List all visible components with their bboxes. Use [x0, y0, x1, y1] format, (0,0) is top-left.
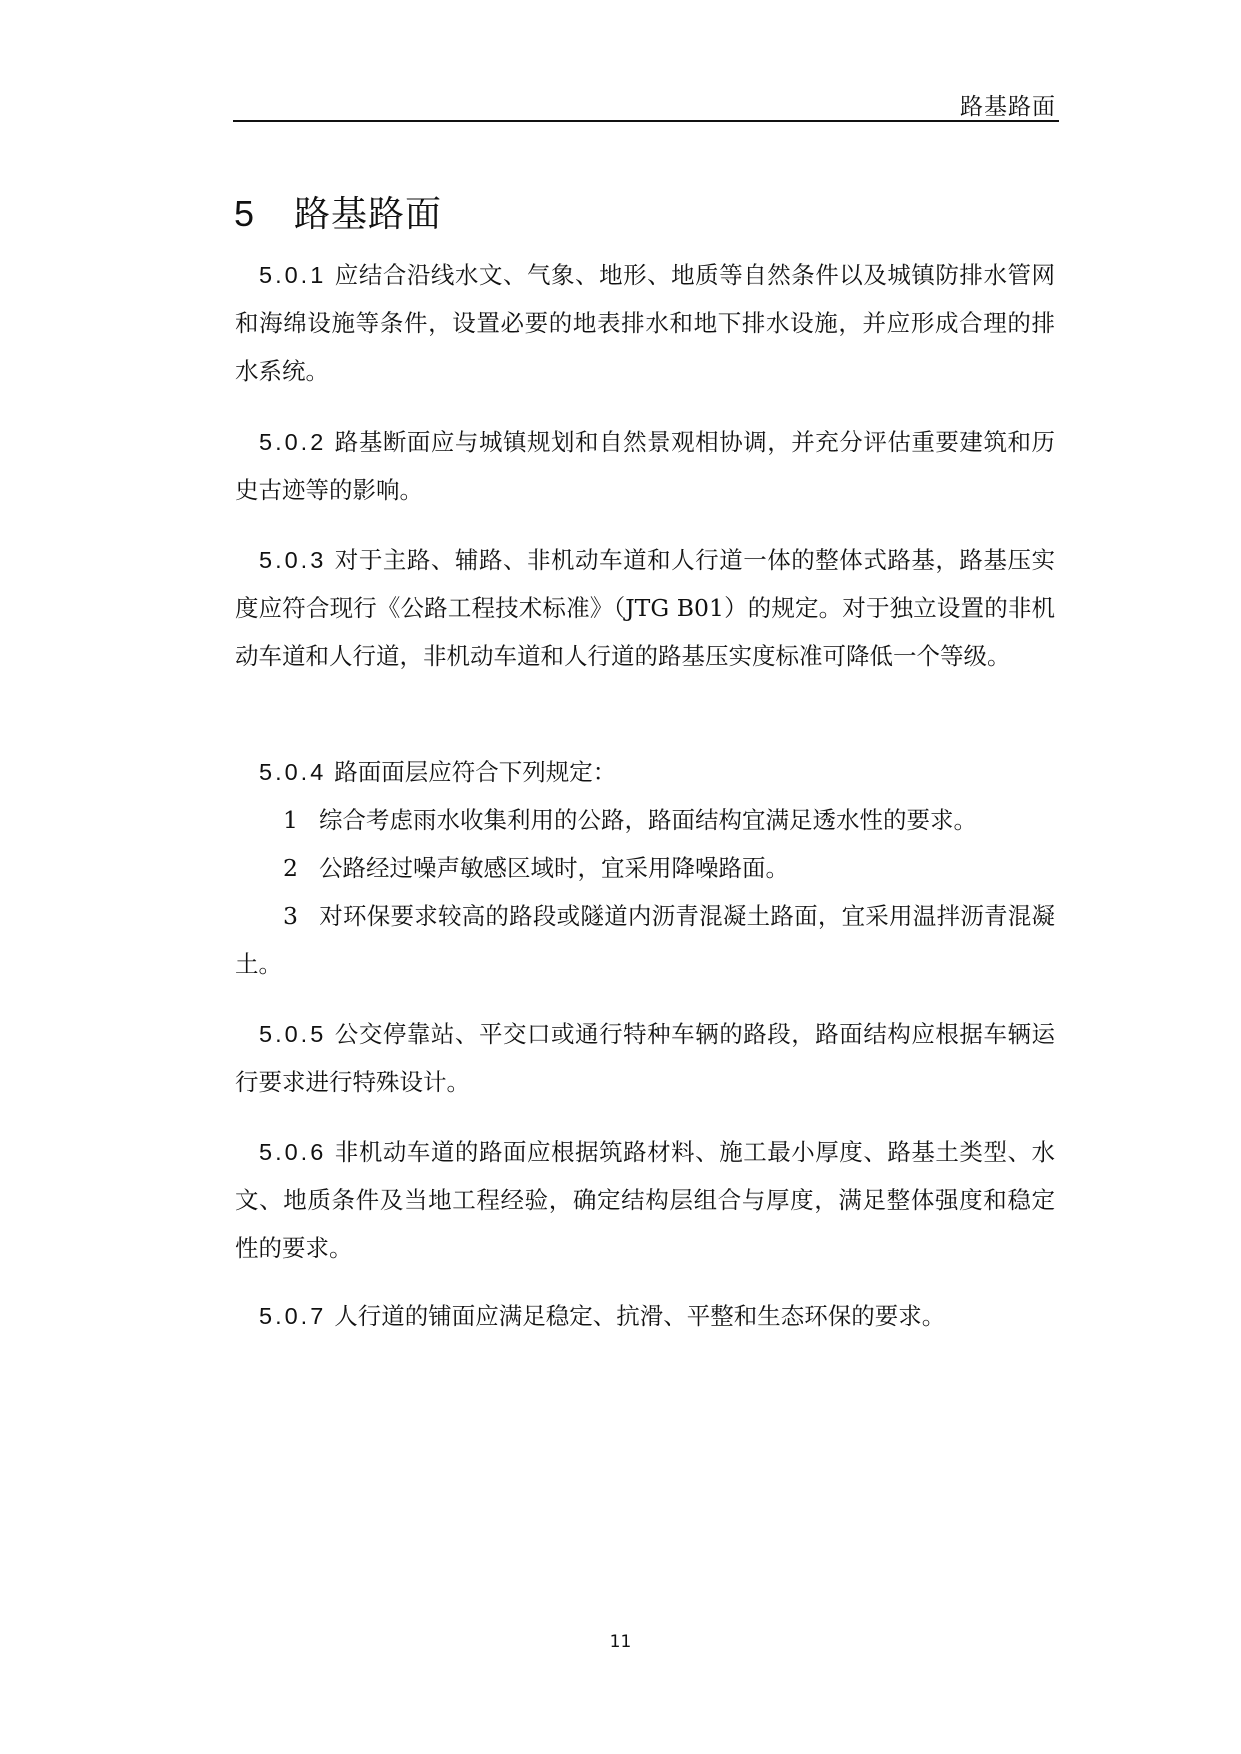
- clause-number: 5.0.3: [259, 547, 326, 573]
- list-item: 3对环保要求较高的路段或隧道内沥青混凝土路面，宜采用温拌沥青混凝土。: [235, 892, 1055, 988]
- clause-5-0-5: 5.0.5公交停靠站、平交口或通行特种车辆的路段，路面结构应根据车辆运行要求进行…: [235, 1010, 1055, 1106]
- header-rule: [233, 120, 1059, 122]
- clause-5-0-1: 5.0.1应结合沿线水文、气象、地形、地质等自然条件以及城镇防排水管网和海绵设施…: [235, 251, 1055, 395]
- clause-text: 对于主路、辅路、非机动车道和人行道一体的整体式路基，路基压实度应符合现行《公路工…: [235, 546, 1055, 670]
- clause-paragraph: 5.0.1应结合沿线水文、气象、地形、地质等自然条件以及城镇防排水管网和海绵设施…: [235, 251, 1055, 395]
- list-item: 2公路经过噪声敏感区域时，宜采用降噪路面。: [235, 844, 1055, 892]
- clause-text: 路基断面应与城镇规划和自然景观相协调，并充分评估重要建筑和历史古迹等的影响。: [235, 428, 1055, 504]
- item-number: 3: [283, 892, 319, 940]
- clause-5-0-4: 5.0.4路面面层应符合下列规定： 1综合考虑雨水收集利用的公路，路面结构宜满足…: [235, 748, 1055, 988]
- clause-number: 5.0.6: [259, 1139, 326, 1165]
- clause-number: 5.0.2: [259, 429, 326, 455]
- clause-5-0-3: 5.0.3对于主路、辅路、非机动车道和人行道一体的整体式路基，路基压实度应符合现…: [235, 536, 1055, 680]
- clause-5-0-2: 5.0.2路基断面应与城镇规划和自然景观相协调，并充分评估重要建筑和历史古迹等的…: [235, 418, 1055, 514]
- document-page: 路基路面 5 路基路面 5.0.1应结合沿线水文、气象、地形、地质等自然条件以及…: [0, 0, 1241, 1754]
- clause-paragraph: 5.0.3对于主路、辅路、非机动车道和人行道一体的整体式路基，路基压实度应符合现…: [235, 536, 1055, 680]
- clause-paragraph: 5.0.7人行道的铺面应满足稳定、抗滑、平整和生态环保的要求。: [235, 1292, 1055, 1340]
- clause-number: 5.0.1: [259, 262, 326, 288]
- list-item: 1综合考虑雨水收集利用的公路，路面结构宜满足透水性的要求。: [235, 796, 1055, 844]
- item-text: 对环保要求较高的路段或隧道内沥青混凝土路面，宜采用温拌沥青混凝土。: [235, 902, 1055, 978]
- clause-5-0-6: 5.0.6非机动车道的路面应根据筑路材料、施工最小厚度、路基土类型、水文、地质条…: [235, 1128, 1055, 1272]
- item-number: 2: [283, 844, 319, 892]
- clause-text: 人行道的铺面应满足稳定、抗滑、平整和生态环保的要求。: [334, 1302, 945, 1330]
- running-header: 路基路面: [960, 88, 1056, 121]
- clause-text: 应结合沿线水文、气象、地形、地质等自然条件以及城镇防排水管网和海绵设施等条件，设…: [235, 261, 1055, 385]
- page-number: 11: [0, 1632, 1241, 1652]
- chapter-name: 路基路面: [294, 186, 442, 237]
- clause-text: 非机动车道的路面应根据筑路材料、施工最小厚度、路基土类型、水文、地质条件及当地工…: [235, 1138, 1055, 1262]
- item-text: 综合考虑雨水收集利用的公路，路面结构宜满足透水性的要求。: [319, 806, 977, 834]
- chapter-number: 5: [234, 193, 294, 235]
- clause-number: 5.0.7: [259, 1303, 326, 1329]
- clause-paragraph: 5.0.5公交停靠站、平交口或通行特种车辆的路段，路面结构应根据车辆运行要求进行…: [235, 1010, 1055, 1106]
- clause-number: 5.0.4: [259, 759, 326, 785]
- clause-number: 5.0.5: [259, 1021, 326, 1047]
- chapter-title: 5 路基路面: [234, 186, 442, 237]
- item-text: 公路经过噪声敏感区域时，宜采用降噪路面。: [319, 854, 789, 882]
- clause-text: 公交停靠站、平交口或通行特种车辆的路段，路面结构应根据车辆运行要求进行特殊设计。: [235, 1020, 1055, 1096]
- item-number: 1: [283, 796, 319, 844]
- clause-paragraph: 5.0.4路面面层应符合下列规定：: [235, 748, 1055, 796]
- clause-paragraph: 5.0.6非机动车道的路面应根据筑路材料、施工最小厚度、路基土类型、水文、地质条…: [235, 1128, 1055, 1272]
- clause-paragraph: 5.0.2路基断面应与城镇规划和自然景观相协调，并充分评估重要建筑和历史古迹等的…: [235, 418, 1055, 514]
- clause-text: 路面面层应符合下列规定：: [334, 758, 616, 786]
- clause-5-0-7: 5.0.7人行道的铺面应满足稳定、抗滑、平整和生态环保的要求。: [235, 1292, 1055, 1340]
